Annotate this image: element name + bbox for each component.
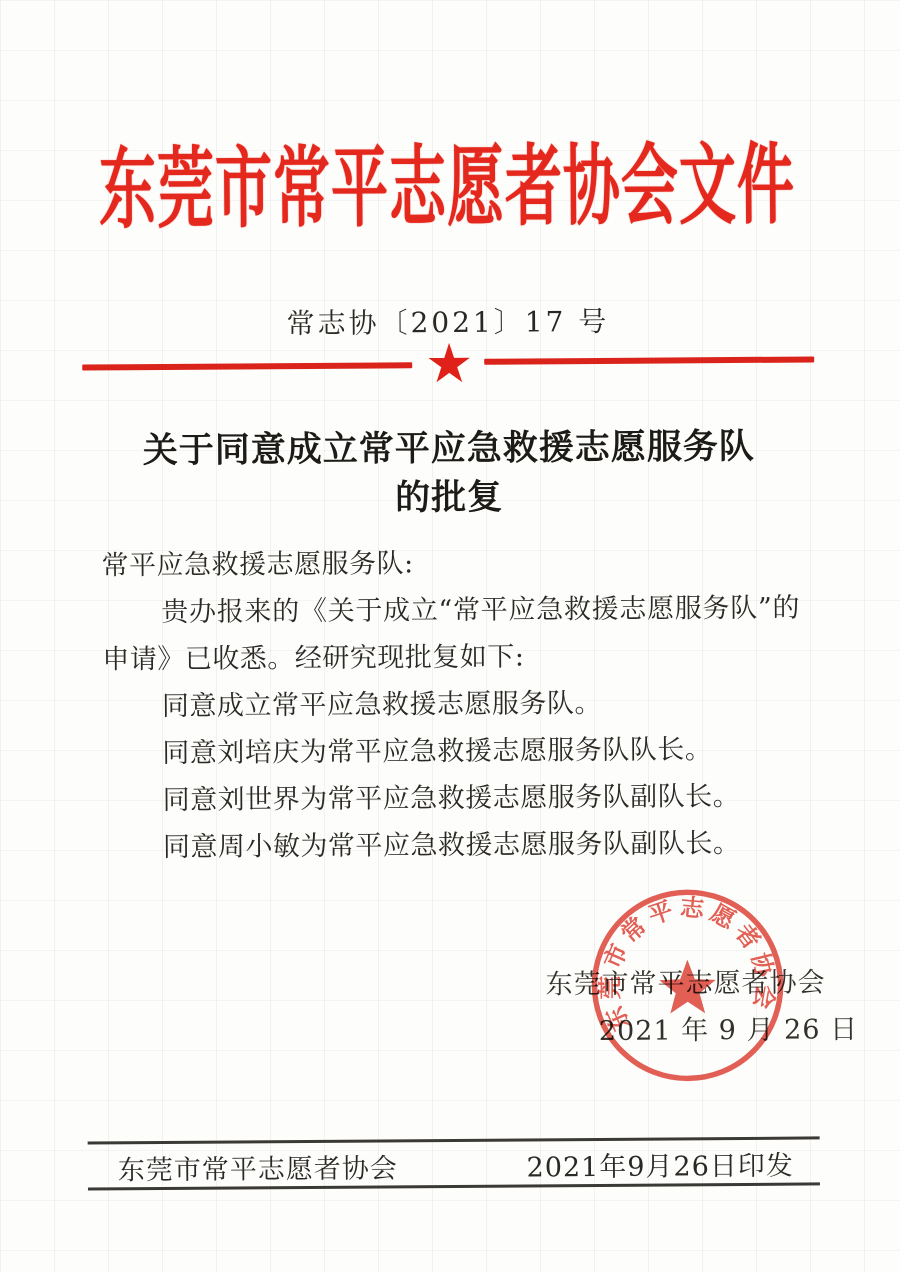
body-paragraph: 同意刘世界为常平应急救援志愿服务队副队长。 [103,773,801,825]
body-paragraph: 贵办报来的《关于成立“常平应急救援志愿服务队”的申请》已收悉。经研究现批复如下: [102,585,801,684]
footer-print-date: 2021年9月26日印发 [526,1144,794,1185]
body-paragraph: 同意刘培庆为常平应急救援志愿服务队队长。 [103,726,801,778]
footer: 东莞市常平志愿者协会 2021年9月26日印发 [88,1143,820,1187]
document-title-line2: 的批复 [0,470,899,525]
document-page: 东莞市常平志愿者协会文件 常志协〔2021〕17 号 ★ 关于同意成立常平应急救… [0,0,900,1272]
scan-content: 东莞市常平志愿者协会文件 常志协〔2021〕17 号 ★ 关于同意成立常平应急救… [0,0,900,1272]
red-divider-right [484,356,814,364]
document-title-line1: 关于同意成立常平应急救援志愿服务队 [0,421,899,476]
document-title: 关于同意成立常平应急救援志愿服务队 的批复 [0,421,899,525]
footer-issuing-org: 东莞市常平志愿者协会 [118,1146,398,1187]
body-paragraph: 同意成立常平应急救援志愿服务队。 [102,679,800,731]
star-icon: ★ [418,334,480,394]
red-divider-left [82,362,412,370]
salutation: 常平应急救援志愿服务队: [101,538,799,590]
seal-star-icon [659,959,716,1013]
document-body: 常平应急救援志愿服务队: 贵办报来的《关于成立“常平应急救援志愿服务队”的申请》… [101,538,801,872]
red-header-org-title: 东莞市常平志愿者协会文件 [0,137,897,239]
body-paragraph: 同意周小敏为常平应急救援志愿服务队副队长。 [103,820,801,872]
official-seal: 东莞市常平志愿者协会 [588,886,787,1085]
